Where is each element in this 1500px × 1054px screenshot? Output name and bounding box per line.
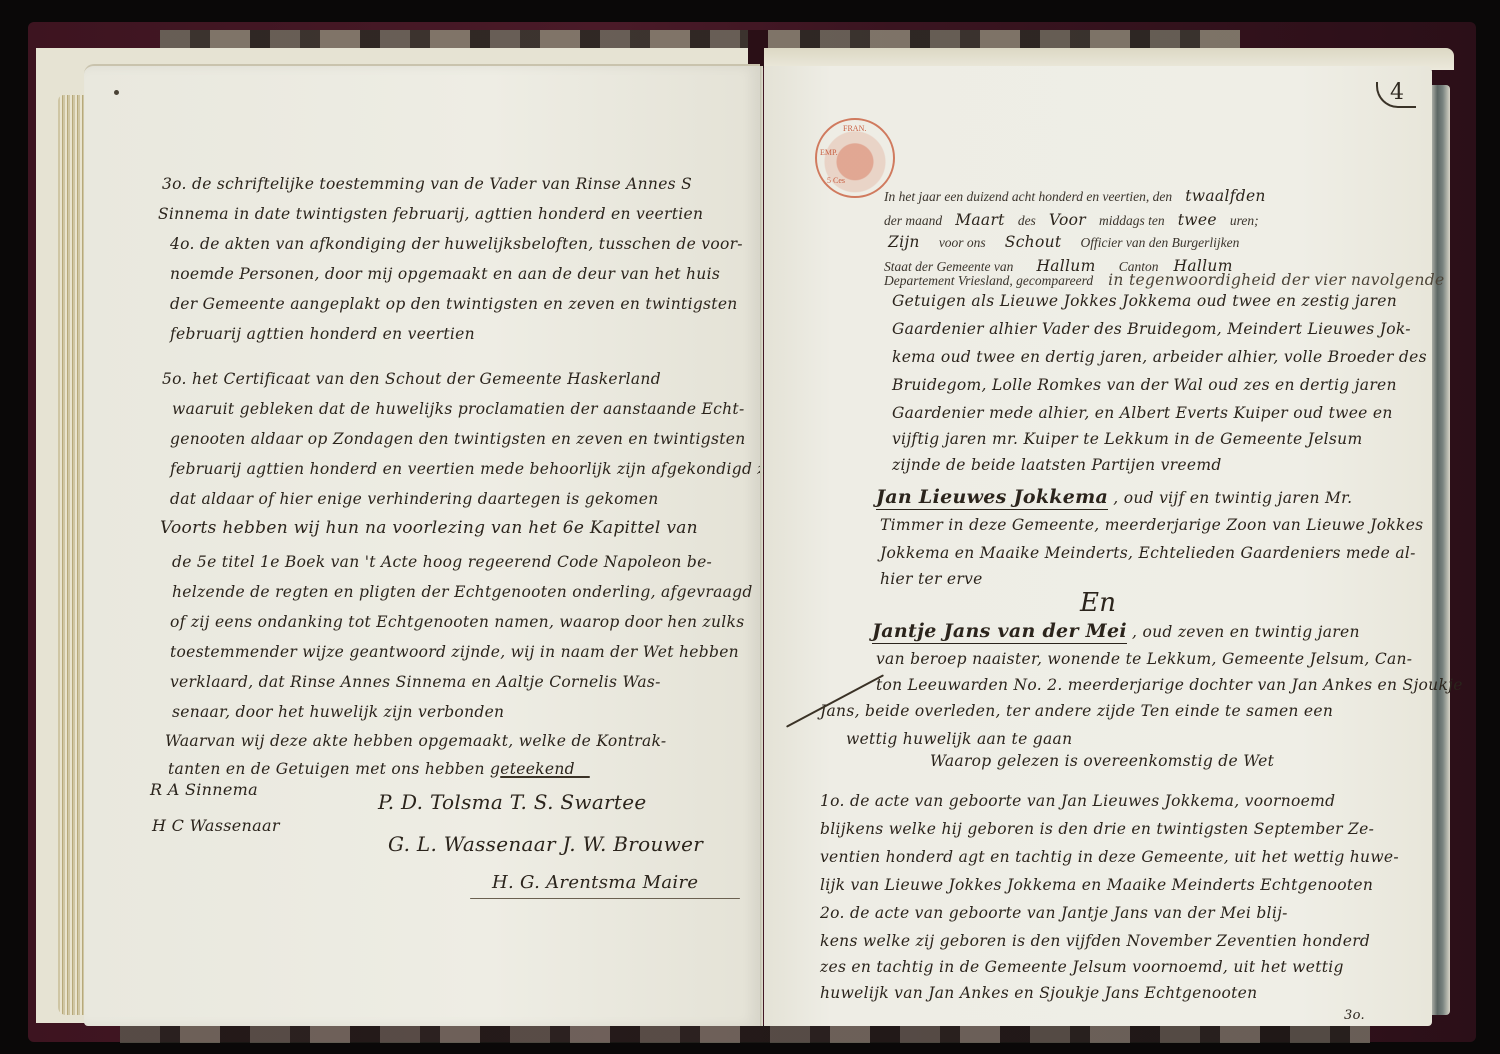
document-line: lijk van Lieuwe Jokkes Jokkema en Maaike… (820, 876, 1373, 894)
conjunction-en: En (1080, 588, 1116, 618)
groom-detail: , oud vijf en twintig jaren Mr. (1113, 489, 1352, 507)
header-line-3: Zijn voor ons Schout Officier van den Bu… (888, 232, 1239, 251)
left-line: 3o. de schriftelijke toestemming van de … (162, 175, 692, 193)
printed-text: Departement Vriesland, gecompareerd (884, 273, 1093, 288)
groom-header: Jan Lieuwes Jokkema , oud vijf en twinti… (876, 486, 1352, 508)
signature-left: R A Sinnema (150, 780, 258, 799)
printed-text: In het jaar een duizend acht honderd en … (884, 189, 1172, 204)
handwritten-day: twaalfden (1185, 187, 1265, 205)
witness-line: kema oud twee en dertig jaren, arbeider … (892, 348, 1427, 366)
header-line-1: In het jaar een duizend acht honderd en … (884, 186, 1266, 205)
left-line: februarij agttien honderd en veertien (170, 325, 475, 343)
document-line: 2o. de acte van geboorte van Jantje Jans… (820, 904, 1288, 922)
left-line: toestemmender wijze geantwoord zijnde, w… (170, 643, 739, 661)
stamp-side-text: EMP. (820, 148, 838, 157)
left-line: verklaard, dat Rinse Annes Sinnema en Aa… (170, 673, 661, 691)
left-line: genooten aldaar op Zondagen den twintigs… (170, 430, 746, 448)
left-line: waaruit gebleken dat de huwelijks procla… (172, 400, 744, 418)
signature-flourish (470, 898, 740, 899)
document-line: kens welke zij geboren is den vijfden No… (820, 932, 1370, 950)
witness-line: zijnde de beide laatsten Partijen vreemd (892, 456, 1222, 474)
document-line: zes en tachtig in de Gemeente Jelsum voo… (820, 958, 1344, 976)
left-line: senaar, door het huwelijk zijn verbonden (172, 703, 504, 721)
header-line-5: Departement Vriesland, gecompareerd in t… (884, 270, 1444, 289)
catchword: 3o. (1344, 1008, 1365, 1023)
flourish (500, 776, 590, 778)
gutter-fold (760, 66, 763, 1026)
left-line: februarij agttien honderd en veertien me… (170, 460, 813, 478)
witness-line: Gaardenier mede alhier, en Albert Everts… (892, 404, 1393, 422)
handwritten-hour: twee (1178, 211, 1217, 229)
left-line: der Gemeente aangeplakt op den twintigst… (170, 295, 738, 313)
french-tax-stamp: FRAN. EMP. 5 Ces (815, 118, 895, 198)
page-stack-right-edge (1432, 85, 1450, 1015)
left-line: of zij eens ondanking tot Echtgenooten n… (170, 613, 745, 631)
handwritten-month: Maart (955, 211, 1005, 229)
marbled-edge-top (160, 30, 1240, 50)
printed-text: Officier van den Burgerlijken (1081, 235, 1240, 250)
witness-line: vijftig jaren mr. Kuiper te Lekkum in de… (892, 430, 1362, 448)
waarop-line: Waarop gelezen is overeenkomstig de Wet (930, 752, 1274, 770)
bride-header: Jantje Jans van der Mei , oud zeven en t… (872, 620, 1360, 642)
bride-line: ton Leeuwarden No. 2. meerderjarige doch… (876, 676, 1463, 694)
left-line: 5o. het Certificaat van den Schout der G… (162, 370, 661, 388)
groom-name: Jan Lieuwes Jokkema (876, 486, 1108, 510)
witness-line: Bruidegom, Lolle Romkes van der Wal oud … (892, 376, 1397, 394)
header-line-2: der maand Maart des Voor middags ten twe… (884, 210, 1259, 229)
signature-center: G. L. Wassenaar J. W. Brouwer (388, 832, 703, 856)
left-line: Waarvan wij deze akte hebben opgemaakt, … (165, 732, 666, 750)
groom-line: Timmer in deze Gemeente, meerderjarige Z… (880, 516, 1423, 534)
document-line: ventien honderd agt en tachtig in deze G… (820, 848, 1399, 866)
signature-center: H. G. Arentsma Maire (492, 872, 698, 893)
left-line: Voorts hebben wij hun na voorlezing van … (160, 518, 698, 538)
printed-text: voor ons (939, 235, 986, 250)
handwritten-officer: Schout (1005, 233, 1062, 251)
groom-line: Jokkema en Maaike Meinderts, Echtelieden… (880, 544, 1416, 562)
signature-left: H C Wassenaar (152, 816, 280, 835)
printed-text: middags ten (1099, 213, 1165, 228)
printed-text: des (1018, 213, 1036, 228)
bride-line: Jans, beide overleden, ter andere zijde … (820, 702, 1333, 720)
ink-dot (114, 90, 119, 95)
left-line: noemde Personen, door mij opgemaakt en a… (170, 265, 720, 283)
handwritten-fill: in tegenwoordigheid der vier navolgende (1108, 271, 1444, 289)
left-line: 4o. de akten van afkondiging der huwelij… (170, 235, 743, 253)
bride-line: wettig huwelijk aan te gaan (846, 730, 1072, 748)
left-line: de 5e titel 1e Boek van 't Acte hoog reg… (172, 553, 712, 571)
left-line: helzende de regten en pligten der Echtge… (172, 583, 753, 601)
signature-center: P. D. Tolsma T. S. Swartee (378, 790, 647, 814)
document-line: huwelijk van Jan Ankes en Sjoukje Jans E… (820, 984, 1257, 1002)
printed-text: uren; (1230, 213, 1259, 228)
left-line: Sinnema in date twintigsten februarij, a… (158, 205, 703, 223)
stamp-top-text: FRAN. (843, 124, 866, 133)
witness-line: Gaardenier alhier Vader des Bruidegom, M… (892, 320, 1411, 338)
bride-detail: , oud zeven en twintig jaren (1132, 623, 1360, 641)
witness-line: Getuigen als Lieuwe Jokkes Jokkema oud t… (892, 292, 1397, 310)
printed-text: der maand (884, 213, 942, 228)
marbled-edge-bottom (120, 1025, 1370, 1043)
left-line: dat aldaar of hier enige verhindering da… (170, 490, 659, 508)
stamp-value-text: 5 Ces (827, 176, 845, 185)
document-line: 1o. de acte van geboorte van Jan Lieuwes… (820, 792, 1335, 810)
handwritten-fill: Zijn (888, 233, 920, 251)
document-line: blijkens welke hij geboren is den drie e… (820, 820, 1374, 838)
handwritten-fill: Voor (1049, 211, 1086, 229)
bride-name: Jantje Jans van der Mei (872, 620, 1127, 644)
bride-line: van beroep naaister, wonende te Lekkum, … (876, 650, 1412, 668)
groom-line: hier ter erve (880, 570, 983, 588)
